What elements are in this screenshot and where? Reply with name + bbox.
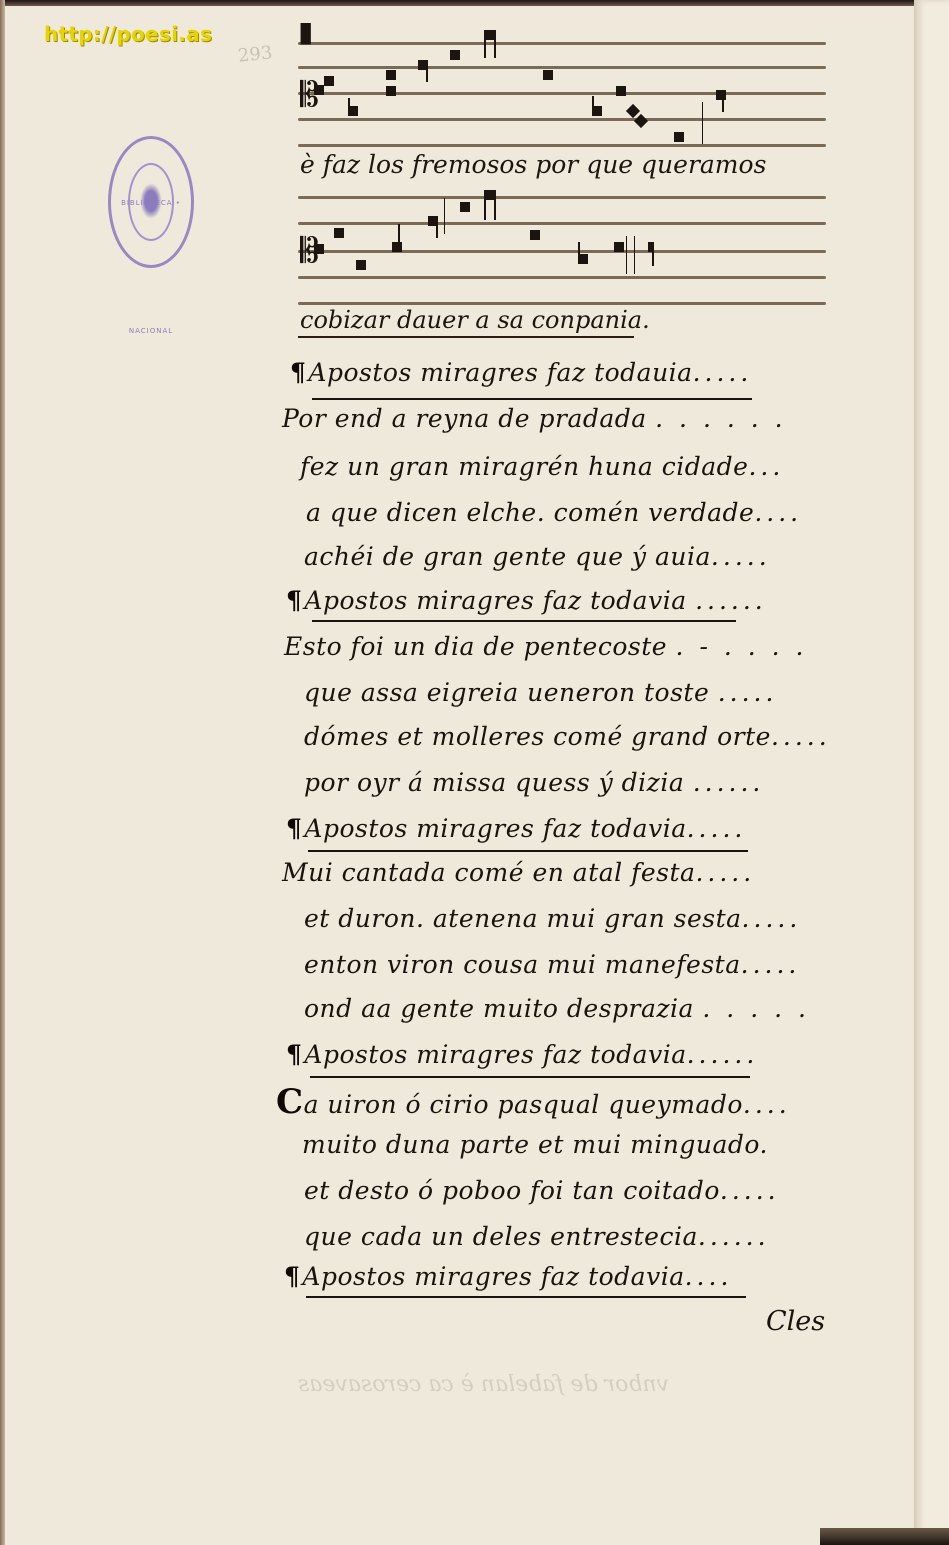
note-icon [356,260,366,270]
note-icon [314,244,324,254]
verse-text: Apostos miragres faz todavia [302,1262,684,1291]
verse-dots: ...... [693,768,765,797]
note-icon [674,132,684,142]
verse-line-16: ¶Apostos miragres faz todavia...... [286,1040,758,1069]
note-icon [386,86,396,96]
verse-dots: .... [685,1262,733,1291]
staff-line [298,144,826,147]
verse-line-1: ¶Apostos miragres faz todauia..... [290,358,752,387]
verse-line-8: que assa eigreia ueneron toste ..... [304,678,777,707]
refrain-underline [310,1076,750,1078]
staff-line [298,66,826,69]
refrain-underline [308,850,748,852]
verse-text: Apostos miragres faz todavia [304,586,686,615]
note-icon [450,50,460,60]
music-staff-2: 𝄡 [298,196,826,306]
staff-line [298,196,826,199]
verse-text: Apostos miragres faz todavia [304,814,686,843]
note-icon [614,242,624,252]
note-stem [592,96,594,110]
note-icon [530,230,540,240]
verse-line-9: dómes et molleres comé grand orte..... [304,722,831,751]
verse-text: Mui cantada comé en atal festa [282,858,695,887]
verse-text: et duron. atenena mui gran sesta [304,904,742,933]
pilcrow-icon: ¶ [290,358,306,387]
verse-dots: .... [754,498,802,527]
lyric-line-2: cobizar dauer a sa conpania. [300,306,650,334]
initial-letter: C [276,1082,304,1122]
verse-line-7: Esto foi un dia de pentecoste . - . . . … [284,632,807,661]
verse-dots: ... [748,452,784,481]
refrain-underline [312,620,736,622]
staff-line [298,92,826,95]
note-icon [334,228,344,238]
verse-dots: . . . . . . [655,404,786,433]
verse-text: Por end a reyna de pradada [282,404,647,433]
refrain-underline [312,398,752,400]
note-stem [722,90,724,112]
bar-line [444,198,445,234]
verse-line-17: Ca uiron ó cirio pasqual queymado.... [276,1082,791,1122]
verse-text: enton viron cousa mui manefesta [304,950,741,979]
staff-line [298,118,826,121]
verse-dots: . - . . . . [676,632,808,661]
verse-dots: ..... [718,678,778,707]
verse-line-10: por oyr á missa quess ý dizia ...... [304,768,764,797]
verse-line-20: que cada un deles entrestecia...... [304,1222,770,1251]
verse-dots: ...... [695,586,767,615]
verse-dots: ..... [742,904,802,933]
note-stem [436,216,438,238]
verse-text: et desto ó poboo foi tan coitado [304,1176,720,1205]
verse-line-13: et duron. atenena mui gran sesta..... [304,904,801,933]
staff-line [298,222,826,225]
bar-line [634,236,635,274]
staff-line [298,42,826,45]
music-staff-1: ▮ 𝄡 [298,40,826,140]
refrain-underline [306,1296,746,1298]
verse-dots: ..... [771,722,831,751]
verse-text: fez un gran miragrén huna cidade [300,452,748,481]
folio-number: 293 [237,42,273,66]
lyric-underline [298,336,634,338]
verse-text: a que dicen elche. comén verdade [306,498,754,527]
verse-line-15: ond aa gente muito desprazia . . . . . [304,994,810,1023]
note-icon [314,85,324,95]
verse-text: ond aa gente muito desprazia [304,994,694,1023]
verse-line-12: Mui cantada comé en atal festa..... [282,858,755,887]
verse-text: que assa eigreia ueneron toste [304,678,709,707]
verse-text: Apostos miragres faz todavia [304,1040,686,1069]
note-stem [494,192,496,220]
catchword: Cles [766,1306,825,1337]
note-stem [578,242,580,260]
manuscript-page: http://poesi.as 293 BIBLIOTECA • NACIONA… [0,0,949,1545]
verse-text: a uiron ó cirio pasqual queymado [304,1090,743,1119]
note-icon [616,86,626,96]
bar-line [626,236,627,274]
note-icon [634,114,648,128]
note-icon [386,70,396,80]
verse-line-5: achéi de gran gente que ý auia..... [304,542,771,571]
note-stem [398,224,400,248]
lyric-line-1: è faz los fremosos por que queramos [300,150,766,179]
watermark-link[interactable]: http://poesi.as [44,22,212,46]
note-icon [716,90,726,100]
custos-icon: ▮ [298,18,313,46]
note-stem [426,60,428,82]
verse-dots: ..... [711,542,771,571]
pilcrow-icon: ¶ [286,814,302,843]
verse-dots: ..... [693,358,753,387]
note-stem [484,192,486,220]
page-top-edge [0,0,949,6]
verse-text: achéi de gran gente que ý auia [304,542,711,571]
verse-text: Esto foi un dia de pentecoste [284,632,667,661]
verse-line-2: Por end a reyna de pradada . . . . . . [282,404,787,433]
note-stem [652,242,654,266]
stamp-inner-ring [128,163,174,241]
verse-text: por oyr á missa quess ý dizia [304,768,684,797]
note-icon [392,242,402,252]
crest-icon [140,183,162,219]
pilcrow-icon: ¶ [286,586,302,615]
verse-line-4: a que dicen elche. comén verdade.... [306,498,802,527]
staff-line [298,250,826,253]
adjacent-leaf [914,0,949,1545]
verse-dots: ..... [687,814,747,843]
staff-line [298,276,826,279]
page-bottom-edge [820,1528,949,1545]
verse-dots: . . . . . [702,994,810,1023]
verse-line-21: ¶Apostos miragres faz todavia.... [284,1262,732,1291]
verse-text: que cada un deles entrestecia [304,1222,698,1251]
verse-dots: ...... [698,1222,770,1251]
note-stem [484,32,486,58]
library-stamp: BIBLIOTECA • NACIONAL [108,136,194,268]
pilcrow-icon: ¶ [286,1040,302,1069]
verse-line-3: fez un gran miragrén huna cidade... [300,452,784,481]
note-stem [348,98,350,114]
note-icon [324,76,334,86]
verse-line-6: ¶Apostos miragres faz todavia ...... [286,586,767,615]
verse-dots: ..... [720,1176,780,1205]
bleedthrough-text: vnbor de fabelan è ca cerosaveas [298,1372,669,1397]
verse-dots: .... [743,1090,791,1119]
note-icon [543,70,553,80]
verse-dots: ...... [687,1040,759,1069]
note-stem [494,32,496,58]
verse-line-18: muito duna parte et mui minguado. [302,1130,768,1159]
note-icon [460,202,470,212]
verse-line-11: ¶Apostos miragres faz todavia..... [286,814,746,843]
verse-line-14: enton viron cousa mui manefesta..... [304,950,800,979]
staff-line [298,302,826,305]
c-clef-icon: 𝄡 [300,78,319,112]
bar-line [702,102,703,144]
verse-text: muito duna parte et mui minguado. [302,1130,768,1159]
verse-dots: ..... [695,858,755,887]
verse-line-19: et desto ó poboo foi tan coitado..... [304,1176,780,1205]
verse-text: dómes et molleres comé grand orte [304,722,771,751]
verse-dots: ..... [741,950,801,979]
page-left-edge [0,0,5,1545]
pilcrow-icon: ¶ [284,1262,300,1291]
verse-text: Apostos miragres faz todauia [308,358,692,387]
